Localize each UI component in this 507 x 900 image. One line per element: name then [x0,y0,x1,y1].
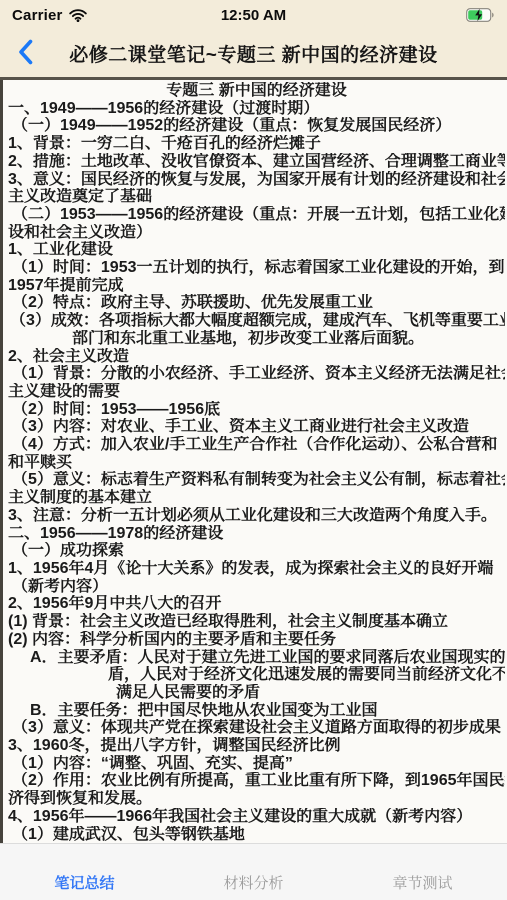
note-line: 1、背景：一穷二白、千疮百孔的经济烂摊子 [8,135,505,153]
note-line: 3、注意：分析一五计划必须从工业化建设和三大改造两个角度入手。 [8,507,505,525]
note-line: (2) 内容：科学分析国内的主要矛盾和主要任务 [8,631,505,649]
note-line: 1、1956年4月《论十大关系》的发表，成为探索社会主义的良好开端 [8,560,505,578]
tab-notes-summary[interactable]: 笔记总结 [0,844,169,900]
notes-document[interactable]: 专题三 新中国的经济建设一、1949——1956的经济建设（过渡时期）（一）19… [0,77,507,843]
back-button[interactable] [10,38,40,70]
note-line: （二）1953——1956的经济建设（重点：开展一五计划，包括工业化建 [8,206,505,224]
note-line: （2）作用：农业比例有所提高，重工业比重有所下降，到1965年国民经 [8,772,505,790]
note-line: 满足人民需要的矛盾 [8,684,505,702]
note-line: 2、1956年9月中共八大的召开 [8,595,505,613]
chevron-left-icon [18,39,33,70]
note-line: （1）时间：1953一五计划的执行，标志着国家工业化建设的开始，到 [8,259,505,277]
note-line: 2、措施：土地改革、没收官僚资本、建立国营经济、合理调整工商业等 [8,153,505,171]
note-line: （1）建成武汉、包头等钢铁基地 [8,826,505,843]
note-line: 4、1956年——1966年我国社会主义建设的重大成就（新考内容） [8,808,505,826]
note-line: 部门和东北重工业基地，初步改变工业落后面貌。 [8,330,505,348]
note-line: 设和社会主义改造） [8,224,505,242]
note-line: 2、社会主义改造 [8,348,505,366]
note-line: 1、工业化建设 [8,241,505,259]
note-line: 主义改造奠定了基础 [8,188,505,206]
note-line: 3、意义：国民经济的恢复与发展，为国家开展有计划的经济建设和社会 [8,171,505,189]
status-bar: Carrier 12:50 AM [0,0,507,30]
note-line: （3）意义：体现共产党在探索建设社会主义道路方面取得的初步成果 [8,719,505,737]
note-line: （1）背景：分散的小农经济、手工业经济、资本主义经济无法满足社会 [8,365,505,383]
note-line: (1) 背景：社会主义改造已经取得胜利，社会主义制度基本确立 [8,613,505,631]
note-line: （1）内容：“调整、巩固、充实、提高” [8,755,505,773]
note-line: 盾，人民对于经济文化迅速发展的需要同当前经济文化不能 [8,666,505,684]
note-line: （5）意义：标志着生产资料私有制转变为社会主义公有制，标志着社会 [8,471,505,489]
nav-bar: 必修二课堂笔记~专题三 新中国的经济建设 [0,30,507,77]
note-line: （一）成功探索 [8,542,505,560]
note-line: 3、1960冬，提出八字方针，调整国民经济比例 [8,737,505,755]
note-line: （3）内容：对农业、手工业、资本主义工商业进行社会主义改造 [8,418,505,436]
note-line: 二、1956——1978的经济建设 [8,525,505,543]
note-line: 主义建设的需要 [8,383,505,401]
note-line: （2）特点：政府主导、苏联援助、优先发展重工业 [8,294,505,312]
tab-chapter-test[interactable]: 章节测试 [338,844,507,900]
app-window: Carrier 12:50 AM [0,0,507,900]
note-line: （新考内容） [8,578,505,596]
note-line: 1957年提前完成 [8,277,505,295]
clock-label: 12:50 AM [0,7,507,24]
note-line: 和平赎买 [8,454,505,472]
note-line: 一、1949——1956的经济建设（过渡时期） [8,100,505,118]
note-line: A．主要矛盾：人民对于建立先进工业国的要求同落后农业国现实的矛 [8,649,505,667]
note-line: （一）1949——1952的经济建设（重点：恢复发展国民经济） [8,117,505,135]
note-line: 主义制度的基本建立 [8,489,505,507]
document-lines: 专题三 新中国的经济建设一、1949——1956的经济建设（过渡时期）（一）19… [0,80,507,843]
note-line: （3）成效：各项指标大都大幅度超额完成，建成汽车、飞机等重要工业 [8,312,505,330]
page-title: 必修二课堂笔记~专题三 新中国的经济建设 [69,40,437,67]
note-line: B．主要任务：把中国尽快地从农业国变为工业国 [8,702,505,720]
document-title: 专题三 新中国的经济建设 [8,82,505,100]
battery-charging-icon [466,8,495,22]
scan-edge-artifact [0,80,3,843]
note-line: 济得到恢复和发展。 [8,790,505,808]
note-line: （4）方式：加入农业/手工业生产合作社（合作化运动）、公私合营和 [8,436,505,454]
tab-bar: 笔记总结材料分析章节测试 [0,843,507,900]
note-line: （2）时间：1953——1956底 [8,401,505,419]
tab-material-analysis[interactable]: 材料分析 [169,844,338,900]
